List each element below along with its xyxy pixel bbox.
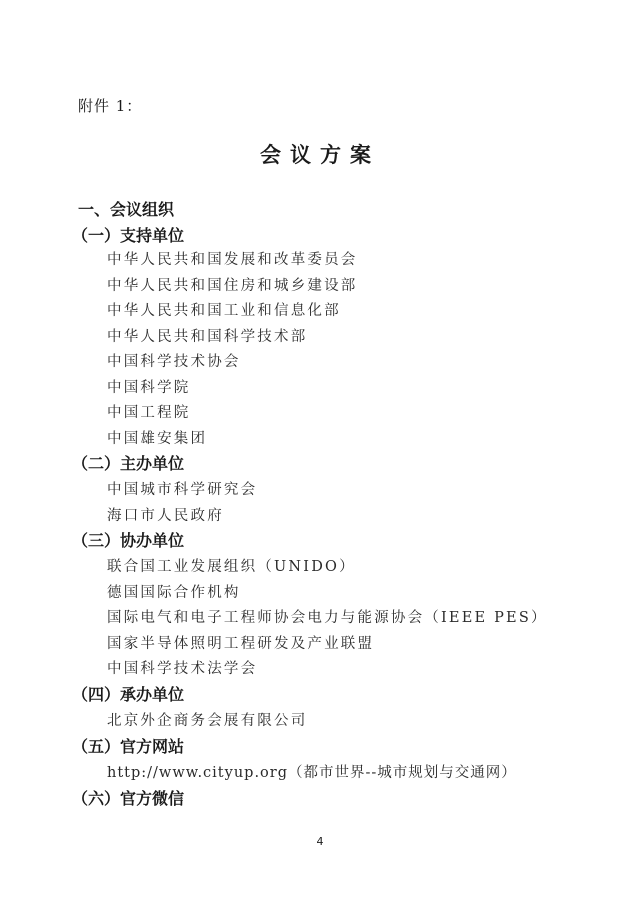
subsection-heading-co-host: （三）协办单位 (72, 531, 184, 551)
section-heading: 一、会议组织 (78, 200, 174, 220)
subsection-heading-website: （五）官方网站 (72, 737, 184, 757)
list-item: 中国科学技术协会 (107, 352, 241, 372)
subsection-heading-wechat: （六）官方微信 (72, 789, 184, 809)
attachment-label: 附件 1： (78, 96, 142, 116)
website-link[interactable]: http://www.cityup.org（都市世界--城市规划与交通网） (107, 763, 517, 783)
page-number: 4 (0, 832, 640, 852)
list-item: 中华人民共和国科学技术部 (107, 327, 307, 347)
list-item: 国际电气和电子工程师协会电力与能源协会（IEEE PES） (107, 608, 548, 628)
list-item: 中国雄安集团 (107, 429, 207, 449)
list-item: 海口市人民政府 (107, 506, 224, 526)
list-item: 中华人民共和国工业和信息化部 (107, 301, 341, 321)
page-title: 会议方案 (0, 145, 640, 165)
subsection-heading-support: （一）支持单位 (72, 226, 184, 246)
subsection-heading-organizer: （四）承办单位 (72, 685, 184, 705)
list-item: 中国城市科学研究会 (107, 480, 257, 500)
list-item: 北京外企商务会展有限公司 (107, 711, 307, 731)
list-item: 中国科学技术法学会 (107, 659, 257, 679)
list-item: 中华人民共和国住房和城乡建设部 (107, 276, 358, 296)
list-item: 中华人民共和国发展和改革委员会 (107, 250, 358, 270)
list-item: 中国工程院 (107, 403, 191, 423)
subsection-heading-host: （二）主办单位 (72, 454, 184, 474)
list-item: 联合国工业发展组织（UNIDO） (107, 557, 356, 577)
list-item: 国家半导体照明工程研发及产业联盟 (107, 634, 374, 654)
list-item: 中国科学院 (107, 378, 191, 398)
list-item: 德国国际合作机构 (107, 583, 241, 603)
